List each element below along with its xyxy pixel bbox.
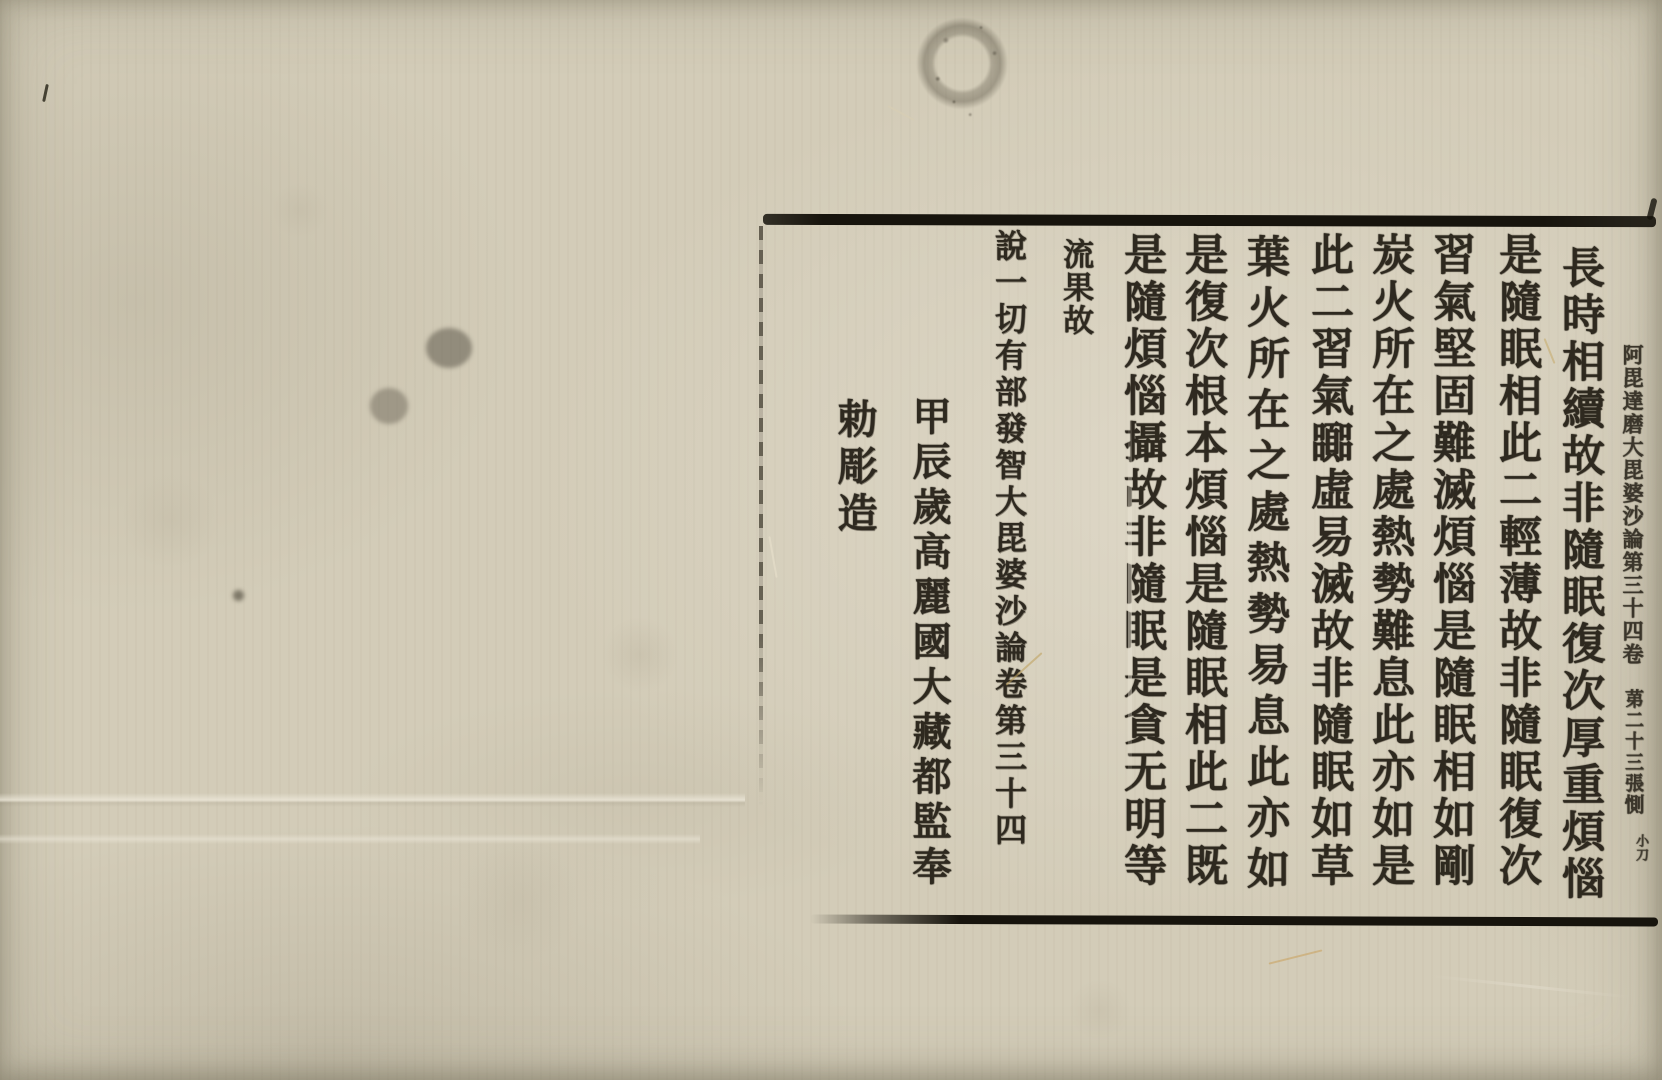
print-border-top-hook xyxy=(1646,198,1657,221)
print-border-top xyxy=(763,214,1656,227)
ink-stain-3 xyxy=(233,590,244,601)
margin-sheet-number: 苐二十三張 xyxy=(1623,689,1642,794)
fold-crease-2 xyxy=(0,834,700,844)
colophon-line-1: 甲辰歲高麗國大藏都監奉 xyxy=(909,396,948,891)
text-column-8: 是隨煩惱攝故非隨眠是貪无明等 xyxy=(1120,232,1163,890)
edge-tick-mark xyxy=(42,84,49,102)
text-column-2: 是隨眠相此二輕薄故非隨眠復次 xyxy=(1495,232,1538,890)
paper-fiber-4 xyxy=(768,536,777,578)
scanned-sutra-page: 阿毘達磨大毘婆沙論第三十四卷 苐二十三張 惻 小刀 長時相續故非隨眠復次厚重煩惱… xyxy=(0,0,1662,1080)
text-column-9-closing: 流果故 xyxy=(1059,238,1090,337)
text-column-1: 長時相續故非隨眠復次厚重煩惱 xyxy=(1558,245,1601,903)
paper-fiber-3 xyxy=(1269,949,1323,964)
text-column-3: 習氣堅固難滅煩惱是隨眠相如剛 xyxy=(1429,232,1472,890)
text-column-7: 是復次根本煩惱是隨眠相此二既 xyxy=(1181,232,1224,890)
fold-crease-1 xyxy=(0,793,745,807)
text-column-6: 葉火所在之處熱勢易息此亦如 xyxy=(1243,234,1286,897)
margin-scripture-title: 阿毘達磨大毘婆沙論第三十四卷 xyxy=(1622,344,1643,666)
margin-carver-mark: 小刀 xyxy=(1634,834,1647,862)
ink-stain-1 xyxy=(426,328,472,368)
seal-smudge xyxy=(900,2,1035,130)
margin-case-mark: 惻 xyxy=(1623,794,1643,814)
text-column-5: 此二習氣嚻虛易滅故非隨眠如草 xyxy=(1307,232,1350,890)
fold-crease-4 xyxy=(1430,975,1629,999)
end-title-column: 說一切有部發智大毘婆沙論卷第三十四 xyxy=(993,229,1025,850)
print-border-left xyxy=(759,226,763,806)
text-column-4: 炭火所在之處熱勢難息此亦如是 xyxy=(1368,232,1411,890)
colophon-line-2: 勅彫造 xyxy=(834,398,874,539)
ink-stain-2 xyxy=(370,388,408,424)
paper-fiber-2 xyxy=(1544,338,1556,364)
print-border-bottom xyxy=(810,915,1658,927)
